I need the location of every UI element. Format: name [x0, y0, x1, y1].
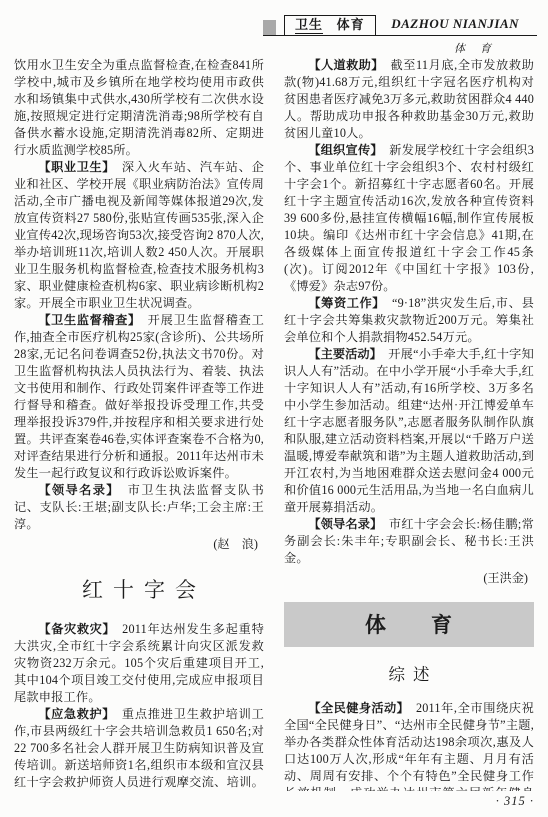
section-tab-box: 卫生 体育 — [284, 15, 376, 36]
section-title-red-cross: 红十字会 — [14, 574, 264, 604]
subsection-title-overview: 综述 — [284, 661, 534, 685]
entry-label: 【全民健身活动】 — [308, 701, 403, 715]
entry-national-fitness: 【全民健身活动】 2011年,全市围绕庆祝全国“全民健身日”、“达州市全民健身节… — [284, 700, 534, 791]
entry-label: 【人道救助】 — [308, 58, 377, 72]
entry-label: 【领导名录】 — [308, 517, 376, 531]
entry-label: 【卫生监督稽查】 — [38, 313, 134, 327]
left-column: 饮用水卫生安全为重点监督检查,在检查841所学校中,城市及乡镇所在地学校均使用市… — [14, 57, 264, 791]
entry-label: 【组织宣传】 — [308, 143, 376, 157]
header-rule: 卫生 体育 DAZHOU NIANJIAN — [263, 15, 537, 36]
running-section-label: 体 育 — [263, 40, 537, 56]
corner-marker — [263, 20, 276, 35]
body-columns: 饮用水卫生安全为重点监督检查,在检查841所学校中,城市及乡镇所在地学校均使用市… — [14, 57, 534, 791]
yearbook-page: 卫生 体育 DAZHOU NIANJIAN 体 育 饮用水卫生安全为重点监督检查… — [0, 0, 548, 817]
entry-humanitarian-aid: 【人道救助】 截至11月底,全市发放救助款(物)41.68万元,组织红十字冠名医… — [284, 57, 534, 142]
entry-fundraising: 【筹资工作】 “9·18”洪灾发生后,市、县红十字会共筹集救灾款物近200万元。… — [284, 295, 534, 346]
entry-label: 【应急救护】 — [38, 707, 109, 721]
tab-sports-label: 体育 — [337, 17, 365, 32]
entry-supervision-inspection: 【卫生监督稽查】 开展卫生监督稽查工作,抽查全市医疗机构25家(含诊所)、公共场… — [14, 312, 264, 482]
entry-label: 【备灾救灾】 — [38, 622, 109, 636]
entry-occupational-health: 【职业卫生】 深入火车站、汽车站、企业和社区、学校开展《职业病防治法》宣传周活动… — [14, 159, 264, 312]
entry-main-activities: 【主要活动】 开展“小手牵大手,红十字知识人人有”活动。在中小学开展“小手牵大手… — [284, 346, 534, 516]
entry-organization-publicity: 【组织宣传】 新发展学校红十字会组织3个、事业单位红十字会组织3个、农村村级红十… — [284, 142, 534, 295]
tab-health-label: 卫生 — [295, 17, 323, 34]
section-banner-sports: 体 育 — [284, 602, 534, 647]
continued-paragraph: 饮用水卫生安全为重点监督检查,在检查841所学校中,城市及乡镇所在地学校均使用市… — [14, 57, 264, 159]
right-column: 【人道救助】 截至11月底,全市发放救助款(物)41.68万元,组织红十字冠名医… — [284, 57, 534, 791]
journal-title: DAZHOU NIANJIAN — [391, 16, 519, 32]
entry-label: 【主要活动】 — [308, 347, 375, 361]
author-signature: (王洪金) — [284, 570, 534, 587]
entry-disaster-relief: 【备灾救灾】 2011年达州发生多起重特大洪灾,全市红十字会系统累计向灾区派发救… — [14, 621, 264, 706]
entry-label: 【筹资工作】 — [308, 296, 379, 310]
entry-emergency-rescue: 【应急救护】 重点推进卫生救护培训工作,市县两级红十字会共培训急救员1 650名… — [14, 706, 264, 791]
page-header: 卫生 体育 DAZHOU NIANJIAN 体 育 — [263, 15, 537, 56]
author-signature: (赵 浪) — [14, 536, 264, 553]
entry-leader-roster-health: 【领导名录】 市卫生执法监督支队书记、支队长:王堪;副支队长:卢华;工会主席:王… — [14, 482, 264, 533]
entry-label: 【职业卫生】 — [38, 160, 109, 174]
entry-label: 【领导名录】 — [38, 483, 113, 497]
entry-leader-roster-red-cross: 【领导名录】 市红十字会会长:杨佳鹏;常务副会长:朱丰年;专职副会长、秘书长:王… — [284, 516, 534, 567]
page-number: · 315 · — [496, 794, 534, 809]
